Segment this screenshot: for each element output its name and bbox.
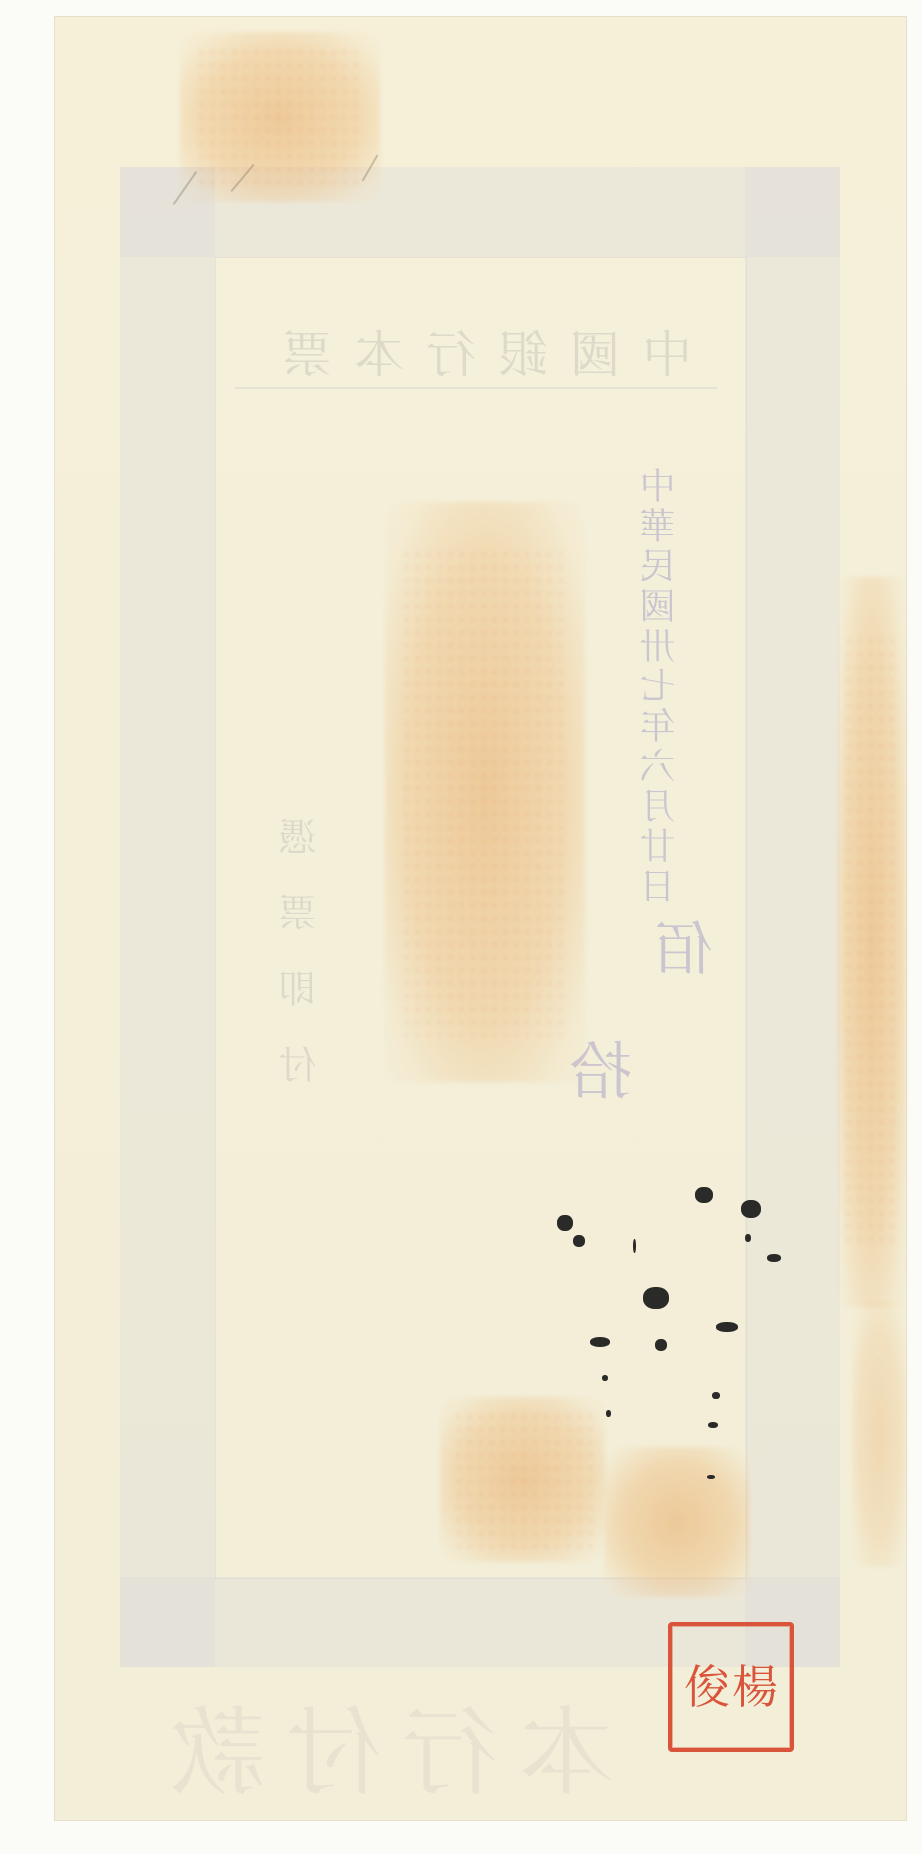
- ink-speck: [557, 1215, 573, 1231]
- ink-speck: [655, 1339, 667, 1351]
- stain-top-left: [180, 32, 380, 202]
- ink-speck: [708, 1422, 718, 1428]
- stain-lower-right: [605, 1447, 750, 1597]
- stain-center: [385, 502, 585, 1082]
- ink-speck: [716, 1322, 738, 1332]
- bottom-ghost-text: 本行付款: [150, 1677, 614, 1814]
- stain-lower-left: [440, 1397, 605, 1562]
- stain-right-edge: [838, 577, 906, 1307]
- ink-speck: [606, 1410, 611, 1417]
- ink-speck: [590, 1337, 610, 1347]
- stain-right-edge-lower: [852, 1302, 906, 1567]
- ink-speck: [741, 1200, 761, 1218]
- ink-speck: [707, 1475, 715, 1479]
- amount-char-hundred: 佰: [655, 902, 713, 986]
- ink-speck: [695, 1187, 713, 1203]
- frame-band-left: [120, 167, 215, 1667]
- ink-speck: [602, 1375, 608, 1381]
- document-paper: 中國銀行本票 憑票即付 中華民國卅七年六月廿日 佰 拾 本行付款: [55, 17, 906, 1820]
- date-column-ghost-text: 中華民國卅七年六月廿日: [635, 467, 686, 907]
- ink-speck: [712, 1392, 720, 1399]
- frame-band-right: [745, 167, 840, 1667]
- header-ghost-text: 中國銀行本票: [260, 315, 692, 387]
- ink-speck: [573, 1235, 585, 1247]
- red-seal-stamp: 楊 俊: [668, 1622, 794, 1752]
- header-rule: [235, 387, 717, 389]
- ink-speck: [745, 1234, 751, 1242]
- left-column-ghost-text: 憑票即付: [273, 817, 328, 1121]
- seal-char-jun: 俊: [684, 1664, 730, 1710]
- ink-speck: [643, 1287, 669, 1309]
- seal-char-yang: 楊: [732, 1664, 778, 1710]
- ink-speck: [767, 1254, 781, 1262]
- ink-speck: [633, 1239, 636, 1253]
